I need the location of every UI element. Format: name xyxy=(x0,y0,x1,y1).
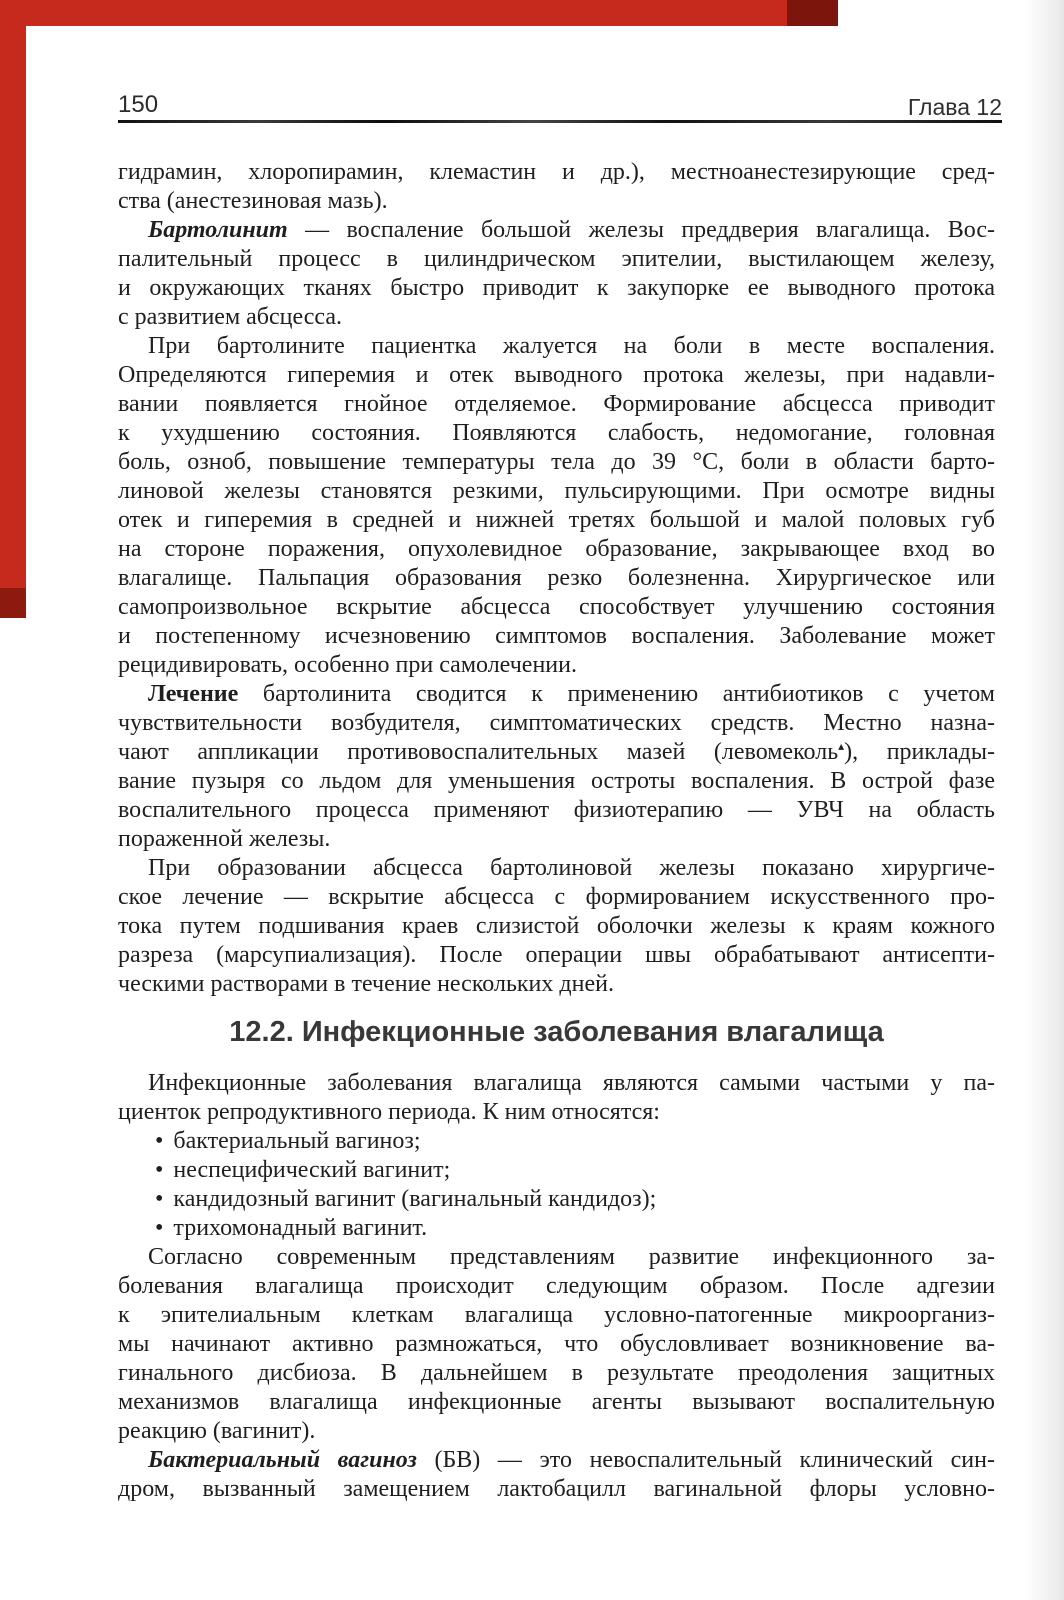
text-line: вании появляется гнойное отделяемое. Фор… xyxy=(118,390,995,419)
bullet-item: •трихомонадный вагинит. xyxy=(118,1214,995,1243)
bullet-dot: • xyxy=(155,1185,163,1214)
text-line: Определяются гиперемия и отек выводного … xyxy=(118,361,995,390)
scanned-book-page: 150 Глава 12 гидрамин, хлоропирамин, кле… xyxy=(0,0,1064,1600)
text-line: влагалище. Пальпация образования резко б… xyxy=(118,564,995,593)
text-line: ства (анестезиновая мазь). xyxy=(118,187,995,216)
text-line: пораженной железы. xyxy=(118,825,995,854)
text-line: палительный процесс в цилиндрическом эпи… xyxy=(118,245,995,274)
text-line: Бартолинит — воспаление большой железы п… xyxy=(118,216,995,245)
text-line: Лечение бартолинита сводится к применени… xyxy=(118,680,995,709)
text-line: циенток репродуктивного периода. К ним о… xyxy=(118,1098,995,1127)
body-text: гидрамин, хлоропирамин, клемастин и др.)… xyxy=(118,158,995,1504)
text-line: к ухудшению состояния. Появляются слабос… xyxy=(118,419,995,448)
bullet-dot: • xyxy=(155,1127,163,1156)
text-line: рецидивировать, особенно при самолечении… xyxy=(118,651,995,680)
bullet-dot: • xyxy=(155,1214,163,1243)
text-line: болевания влагалища происходит следующим… xyxy=(118,1272,995,1301)
text-line: отек и гиперемия в средней и нижней трет… xyxy=(118,506,995,535)
text-line: Инфекционные заболевания влагалища являю… xyxy=(118,1069,995,1098)
scan-artifact-top-band xyxy=(0,0,838,26)
text-line: При образовании абсцесса бартолиновой же… xyxy=(118,854,995,883)
text-line: чувствительности возбудителя, симптомати… xyxy=(118,709,995,738)
scan-artifact-left-band-tip xyxy=(0,588,26,618)
text-line: Бактериальный вагиноз (БВ) — это невоспа… xyxy=(118,1446,995,1475)
text-line: При бартолините пациентка жалуется на бо… xyxy=(118,332,995,361)
bullet-text: бактериальный вагиноз; xyxy=(173,1128,420,1154)
text-line: линовой железы становятся резкими, пульс… xyxy=(118,477,995,506)
header-rule xyxy=(118,120,1002,123)
text-line: разреза (марсупиализация). После операци… xyxy=(118,941,995,970)
text-line: Согласно современным представлениям разв… xyxy=(118,1243,995,1272)
text-line: дром, вызванный замещением лактобацилл в… xyxy=(118,1475,995,1504)
text-line: самопроизвольное вскрытие абсцесса спосо… xyxy=(118,593,995,622)
bullet-dot: • xyxy=(155,1156,163,1185)
section-heading: 12.2. Инфекционные заболевания влагалища xyxy=(118,1014,995,1050)
text-line: и постепенному исчезновению симптомов во… xyxy=(118,622,995,651)
scan-artifact-left-band xyxy=(0,0,26,618)
text-line: с развитием абсцесса. xyxy=(118,303,995,332)
text-line: и окружающих тканях быстро приводит к за… xyxy=(118,274,995,303)
bullet-text: неспецифический вагинит; xyxy=(173,1157,450,1183)
text-line: мы начинают активно размножаться, что об… xyxy=(118,1330,995,1359)
bullet-text: трихомонадный вагинит. xyxy=(173,1215,427,1241)
bullet-text: кандидозный вагинит (вагинальный кандидо… xyxy=(173,1186,656,1212)
chapter-label: Глава 12 xyxy=(908,95,1002,120)
text-line: ческими растворами в течение нескольких … xyxy=(118,970,995,999)
bullet-item: •кандидозный вагинит (вагинальный кандид… xyxy=(118,1185,995,1214)
text-line: тока путем подшивания краев слизистой об… xyxy=(118,912,995,941)
text-line: реакцию (вагинит). xyxy=(118,1417,995,1446)
text-line: ское лечение — вскрытие абсцесса с форми… xyxy=(118,883,995,912)
text-line: боль, озноб, повышение температуры тела … xyxy=(118,448,995,477)
scan-artifact-top-band-dark xyxy=(787,0,838,26)
bullet-item: •неспецифический вагинит; xyxy=(118,1156,995,1185)
page-number: 150 xyxy=(118,92,158,118)
bullet-item: •бактериальный вагиноз; xyxy=(118,1127,995,1156)
text-line: гидрамин, хлоропирамин, клемастин и др.)… xyxy=(118,158,995,187)
text-line: чают аппликации противовоспалительных ма… xyxy=(118,738,995,767)
text-line: воспалительного процесса применяют физио… xyxy=(118,796,995,825)
text-line: к эпителиальным клеткам влагалища условн… xyxy=(118,1301,995,1330)
text-line: гинального дисбиоза. В дальнейшем в резу… xyxy=(118,1359,995,1388)
text-line: на стороне поражения, опухолевидное обра… xyxy=(118,535,995,564)
text-line: механизмов влагалища инфекционные агенты… xyxy=(118,1388,995,1417)
page-edge-shadow xyxy=(1024,0,1064,1600)
text-line: вание пузыря со льдом для уменьшения ост… xyxy=(118,767,995,796)
